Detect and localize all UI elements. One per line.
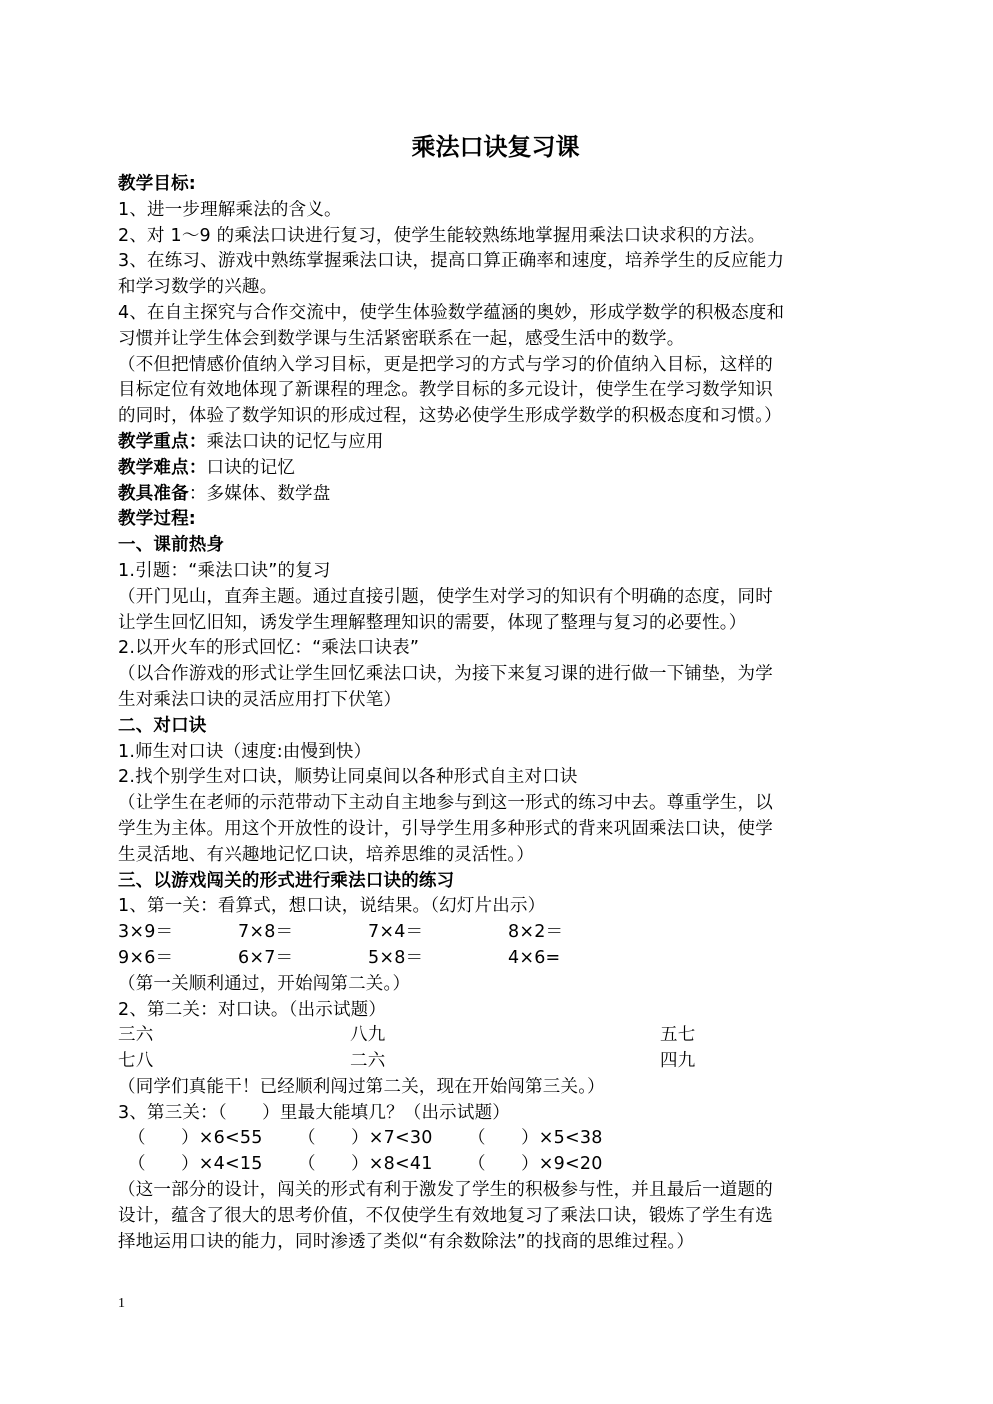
objective-note-line: 目标定位有效地体现了新课程的理念。教学目标的多元设计，使学生在学习数学知识 <box>118 378 873 404</box>
objective-line: 习惯并让学生体会到数学课与生活紧密联系在一起，感受生活中的数学。 <box>118 327 873 353</box>
rhyme: 三六 <box>118 1023 350 1049</box>
objective-line: 1、进一步理解乘法的含义。 <box>118 198 873 224</box>
level3-note-line: 择地运用口诀的能力，同时渗透了类似“有余数除法”的找商的思维过程。） <box>118 1230 873 1256</box>
level2-row: 七八 二六 四九 <box>118 1049 873 1075</box>
objectives-heading: 教学目标: <box>118 172 873 198</box>
colon: ： <box>189 432 207 452</box>
objective-line: 2、对 1～9 的乘法口诀进行复习，使学生能较熟练地掌握用乘法口诀求积的方法。 <box>118 224 873 250</box>
page-number: 1 <box>118 1296 125 1312</box>
inequality: （ ）×8<41 <box>298 1152 468 1178</box>
level2-label: 2、第二关：对口诀。（出示试题） <box>118 998 873 1024</box>
level3-note-line: 设计，蕴含了很大的思考价值，不仅使学生有效地复习了乘法口诀，锻炼了学生有选 <box>118 1204 873 1230</box>
materials: 教具准备：多媒体、数学盘 <box>118 482 873 508</box>
section2-line: 生灵活地、有兴趣地记忆口诀，培养思维的灵活性。） <box>118 843 873 869</box>
key-point: 教学重点：乘法口诀的记忆与应用 <box>118 430 873 456</box>
level1-row: 3×9＝ 7×8＝ 7×4＝ 8×2＝ <box>118 920 873 946</box>
section1-line: 2.以开火车的形式回忆：“乘法口诀表” <box>118 636 873 662</box>
difficulty-value: 口诀的记忆 <box>207 458 296 478</box>
level3-row: （ ）×6<55 （ ）×7<30 （ ）×5<38 <box>118 1126 873 1152</box>
equation: 7×8＝ <box>238 920 368 946</box>
objective-line: 3、在练习、游戏中熟练掌握乘法口诀，提高口算正确率和速度，培养学生的反应能力 <box>118 249 873 275</box>
level1-row: 9×6＝ 6×7＝ 5×8＝ 4×6= <box>118 946 873 972</box>
section1-line: （以合作游戏的形式让学生回忆乘法口诀，为接下来复习课的进行做一下铺垫，为学 <box>118 662 873 688</box>
level3-label: 3、第三关：（ ）里最大能填几？（出示试题） <box>118 1101 873 1127</box>
materials-label: 教具准备 <box>118 484 189 504</box>
inequality: （ ）×7<30 <box>298 1126 468 1152</box>
colon: ： <box>189 484 207 504</box>
level1-label: 1、第一关：看算式，想口诀，说结果。（幻灯片出示） <box>118 894 873 920</box>
objective-note-line: 的同时，体验了数学知识的形成过程，这势必使学生形成学数学的积极态度和习惯。） <box>118 404 873 430</box>
equation: 6×7＝ <box>238 946 368 972</box>
rhyme: 七八 <box>118 1049 350 1075</box>
section2-line: 1.师生对口诀（速度:由慢到快） <box>118 740 873 766</box>
difficulty: 教学难点：口诀的记忆 <box>118 456 873 482</box>
objective-line: 4、在自主探究与合作交流中，使学生体验数学蕴涵的奥妙，形成学数学的积极态度和 <box>118 301 873 327</box>
objective-note-line: （不但把情感价值纳入学习目标，更是把学习的方式与学习的价值纳入目标，这样的 <box>118 353 873 379</box>
level1-note: （第一关顺利通过，开始闯第二关。） <box>118 972 873 998</box>
key-point-value: 乘法口诀的记忆与应用 <box>207 432 384 452</box>
materials-value: 多媒体、数学盘 <box>207 484 331 504</box>
inequality: （ ）×9<20 <box>468 1152 638 1178</box>
key-point-label: 教学重点 <box>118 432 189 452</box>
equation: 3×9＝ <box>118 920 238 946</box>
equation: 5×8＝ <box>368 946 508 972</box>
section1-line: 生对乘法口诀的灵活应用打下伏笔） <box>118 688 873 714</box>
level2-note: （同学们真能干！已经顺利闯过第二关，现在开始闯第三关。） <box>118 1075 873 1101</box>
section1-line: 让学生回忆旧知，诱发学生理解整理知识的需要，体现了整理与复习的必要性。） <box>118 611 873 637</box>
section1-line: （开门见山，直奔主题。通过直接引题，使学生对学习的知识有个明确的态度，同时 <box>118 585 873 611</box>
section2-line: 学生为主体。用这个开放性的设计，引导学生用多种形式的背来巩固乘法口诀，使学 <box>118 817 873 843</box>
colon: ： <box>189 458 207 478</box>
section1-line: 1.引题：“乘法口诀”的复习 <box>118 559 873 585</box>
objective-line: 和学习数学的兴趣。 <box>118 275 873 301</box>
rhyme: 五七 <box>660 1023 760 1049</box>
section2-line: 2.找个别学生对口诀，顺势让同桌间以各种形式自主对口诀 <box>118 765 873 791</box>
section2-line: （让学生在老师的示范带动下主动自主地参与到这一形式的练习中去。尊重学生，以 <box>118 791 873 817</box>
section2-heading: 二、对口诀 <box>118 714 873 740</box>
section3-heading: 三、以游戏闯关的形式进行乘法口诀的练习 <box>118 869 873 895</box>
document-title: 乘法口诀复习课 <box>118 131 873 163</box>
difficulty-label: 教学难点 <box>118 458 189 478</box>
inequality: （ ）×5<38 <box>468 1126 638 1152</box>
equation: 8×2＝ <box>508 920 628 946</box>
document-body: 教学目标: 1、进一步理解乘法的含义。 2、对 1～9 的乘法口诀进行复习，使学… <box>118 172 873 1255</box>
rhyme: 八九 <box>350 1023 660 1049</box>
section1-heading: 一、课前热身 <box>118 533 873 559</box>
equation: 7×4＝ <box>368 920 508 946</box>
equation: 4×6= <box>508 946 628 972</box>
rhyme: 二六 <box>350 1049 660 1075</box>
inequality: （ ）×4<15 <box>128 1152 298 1178</box>
process-heading: 教学过程: <box>118 507 873 533</box>
inequality: （ ）×6<55 <box>128 1126 298 1152</box>
rhyme: 四九 <box>660 1049 760 1075</box>
level2-row: 三六 八九 五七 <box>118 1023 873 1049</box>
equation: 9×6＝ <box>118 946 238 972</box>
level3-note-line: （这一部分的设计，闯关的形式有利于激发了学生的积极参与性，并且最后一道题的 <box>118 1178 873 1204</box>
level3-row: （ ）×4<15 （ ）×8<41 （ ）×9<20 <box>118 1152 873 1178</box>
